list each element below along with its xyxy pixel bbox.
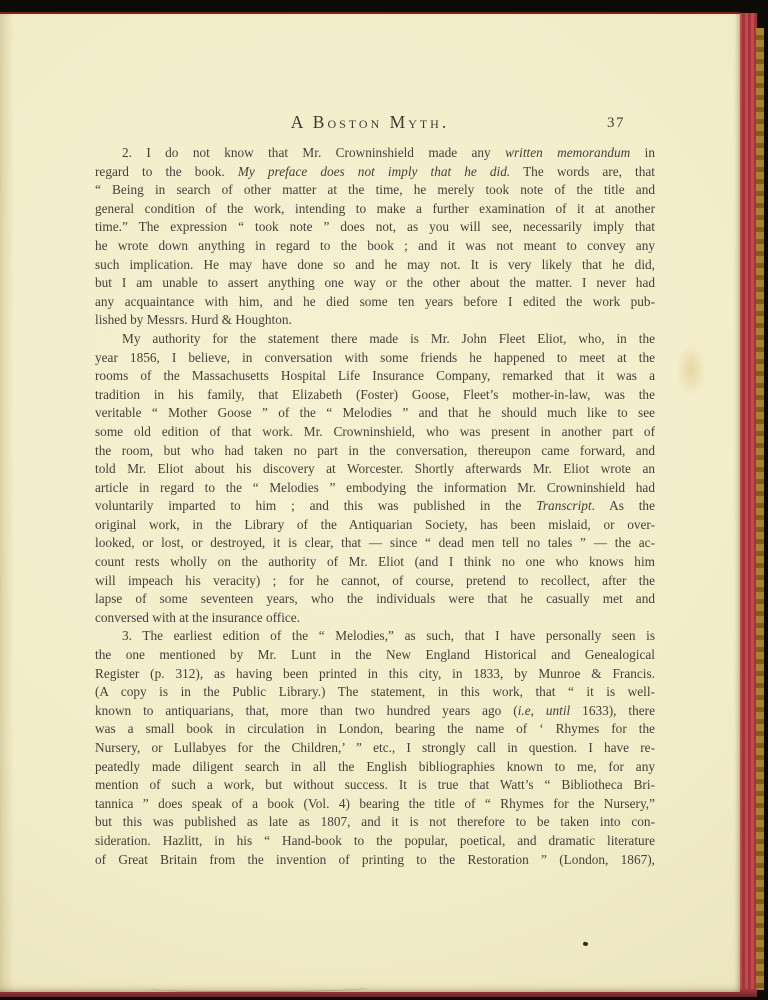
- text-segment: . As the: [592, 498, 655, 513]
- text-line: general condition of the work, intending…: [95, 200, 655, 219]
- text-segment: Nursery, or Lullabyes for the Children,’…: [95, 740, 655, 755]
- text-segment: will impeach his veracity) ; for he cann…: [95, 573, 655, 588]
- text-segment: regard to the book.: [95, 164, 238, 179]
- paper-stain: [676, 344, 706, 396]
- text-segment: such implication. He may have done so an…: [95, 257, 655, 272]
- italic-text-segment: Transcript: [536, 498, 591, 513]
- text-line: lished by Messrs. Hurd & Houghton.: [95, 311, 655, 330]
- text-segment: (A copy is in the Public Library.) The s…: [95, 684, 655, 699]
- text-line: 2. I do not know that Mr. Crowninshield …: [95, 144, 655, 163]
- page-number: 37: [592, 115, 640, 132]
- running-head-title: A Boston Myth.: [90, 112, 650, 133]
- text-segment: tannica ” does speak of a book (Vol. 4) …: [95, 796, 655, 811]
- text-segment: year 1856, I believe, in conversation wi…: [95, 350, 655, 365]
- text-segment: some old edition of that work. Mr. Crown…: [95, 424, 655, 439]
- text-segment: general condition of the work, intending…: [95, 201, 655, 216]
- text-line: conversed with at the insurance office.: [95, 609, 655, 628]
- text-segment: 2. I do not know that Mr. Crowninshield …: [122, 145, 505, 160]
- text-segment: but I am unable to assert anything one w…: [95, 275, 655, 290]
- text-segment: The words are, that: [510, 164, 655, 179]
- text-segment: rooms of the Massachusetts Hospital Life…: [95, 368, 655, 383]
- text-segment: the one mentioned by Mr. Lunt in the New…: [95, 647, 655, 662]
- text-segment: article in regard to the “ Melodies ” em…: [95, 480, 655, 495]
- text-block: 2. I do not know that Mr. Crowninshield …: [95, 144, 655, 869]
- text-segment: voluntarily imparted to him ; and this w…: [95, 498, 536, 513]
- italic-text-segment: i.e: [518, 703, 531, 718]
- text-segment: count rests wholly on the authority of M…: [95, 554, 655, 569]
- text-line: was a small book in circulation in Londo…: [95, 720, 655, 739]
- text-segment: of Great Britain from the invention of p…: [95, 852, 655, 867]
- text-segment: 3. The earliest edition of the “ Melodie…: [122, 628, 655, 643]
- text-line: regard to the book. My preface does not …: [95, 163, 655, 182]
- text-line: lapse of some seventeen years, who the i…: [95, 590, 655, 609]
- italic-text-segment: My preface does not imply that he did.: [238, 164, 510, 179]
- text-segment: told Mr. Eliot about his discovery at Wo…: [95, 461, 655, 476]
- text-line: he wrote down anything in regard to the …: [95, 237, 655, 256]
- text-line: voluntarily imparted to him ; and this w…: [95, 497, 655, 516]
- text-line: but this was published as late as 1807, …: [95, 813, 655, 832]
- text-line: told Mr. Eliot about his discovery at Wo…: [95, 460, 655, 479]
- text-segment: tradition in his family, that Elizabeth …: [95, 387, 655, 402]
- text-segment: 1633), there: [570, 703, 655, 718]
- text-line: rooms of the Massachusetts Hospital Life…: [95, 367, 655, 386]
- text-segment: Register (p. 312), as having been printe…: [95, 666, 655, 681]
- text-segment: but this was published as late as 1807, …: [95, 814, 655, 829]
- scanned-book-page: A Boston Myth. 37 2. I do not know that …: [0, 0, 768, 1000]
- text-segment: he wrote down anything in regard to the …: [95, 238, 655, 253]
- text-line: year 1856, I believe, in conversation wi…: [95, 349, 655, 368]
- text-segment: time.” The expression “ took note ” does…: [95, 219, 655, 234]
- text-line: Register (p. 312), as having been printe…: [95, 665, 655, 684]
- text-line: “ Being in search of other matter at the…: [95, 181, 655, 200]
- text-line: original work, in the Library of the Ant…: [95, 516, 655, 535]
- text-line: of Great Britain from the invention of p…: [95, 851, 655, 870]
- text-segment: conversed with at the insurance office.: [95, 610, 300, 625]
- text-segment: original work, in the Library of the Ant…: [95, 517, 655, 532]
- text-line: but I am unable to assert anything one w…: [95, 274, 655, 293]
- text-line: sideration. Hazlitt, in his “ Hand-book …: [95, 832, 655, 851]
- text-line: peatedly made diligent search in all the…: [95, 758, 655, 777]
- text-line: the one mentioned by Mr. Lunt in the New…: [95, 646, 655, 665]
- text-line: such implication. He may have done so an…: [95, 256, 655, 275]
- text-segment: looked, or lost, or destroyed, it is cle…: [95, 535, 655, 550]
- text-line: time.” The expression “ took note ” does…: [95, 218, 655, 237]
- text-segment: the room, but who had taken no part in t…: [95, 443, 655, 458]
- text-line: any acquaintance with him, and he died s…: [95, 293, 655, 312]
- text-line: count rests wholly on the authority of M…: [95, 553, 655, 572]
- italic-text-segment: written memorandum: [505, 145, 630, 160]
- text-line: My authority for the statement there mad…: [95, 330, 655, 349]
- text-line: article in regard to the “ Melodies ” em…: [95, 479, 655, 498]
- text-segment: any acquaintance with him, and he died s…: [95, 294, 655, 309]
- text-segment: in: [630, 145, 655, 160]
- text-segment: “ Being in search of other matter at the…: [95, 182, 655, 197]
- book-page: A Boston Myth. 37 2. I do not know that …: [0, 12, 740, 992]
- text-line: veritable “ Mother Goose ” of the “ Melo…: [95, 404, 655, 423]
- text-segment: My authority for the statement there mad…: [122, 331, 655, 346]
- text-segment: sideration. Hazlitt, in his “ Hand-book …: [95, 833, 655, 848]
- page-curl-shadow: [150, 981, 370, 992]
- text-segment: was a small book in circulation in Londo…: [95, 721, 655, 736]
- text-segment: veritable “ Mother Goose ” of the “ Melo…: [95, 405, 655, 420]
- text-line: known to antiquarians, that, more than t…: [95, 702, 655, 721]
- italic-text-segment: until: [546, 703, 570, 718]
- text-line: (A copy is in the Public Library.) The s…: [95, 683, 655, 702]
- text-line: 3. The earliest edition of the “ Melodie…: [95, 627, 655, 646]
- text-segment: ,: [531, 703, 546, 718]
- text-line: mention of such a work, but without succ…: [95, 776, 655, 795]
- text-line: looked, or lost, or destroyed, it is cle…: [95, 534, 655, 553]
- text-segment: peatedly made diligent search in all the…: [95, 759, 655, 774]
- text-segment: lished by Messrs. Hurd & Houghton.: [95, 312, 292, 327]
- text-line: tannica ” does speak of a book (Vol. 4) …: [95, 795, 655, 814]
- text-segment: known to antiquarians, that, more than t…: [95, 703, 518, 718]
- text-line: Nursery, or Lullabyes for the Children,’…: [95, 739, 655, 758]
- text-line: the room, but who had taken no part in t…: [95, 442, 655, 461]
- text-segment: lapse of some seventeen years, who the i…: [95, 591, 655, 606]
- text-line: will impeach his veracity) ; for he cann…: [95, 572, 655, 591]
- text-line: some old edition of that work. Mr. Crown…: [95, 423, 655, 442]
- ink-speck: [582, 941, 588, 946]
- book-fore-edge-gilt: [756, 28, 764, 990]
- text-segment: mention of such a work, but without succ…: [95, 777, 655, 792]
- text-line: tradition in his family, that Elizabeth …: [95, 386, 655, 405]
